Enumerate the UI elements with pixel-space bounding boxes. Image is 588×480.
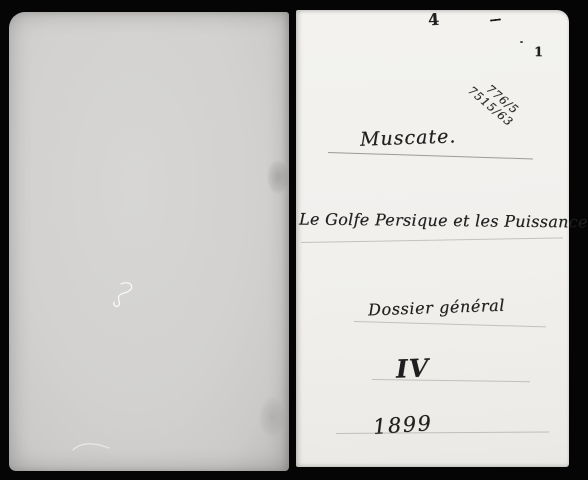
ink-speck (520, 41, 523, 43)
paper-scratch (107, 280, 139, 316)
printed-page-number: 1 (534, 45, 544, 60)
subtitle-dossier-general: Dossier général (368, 296, 506, 320)
paper-smudge (267, 160, 289, 194)
right-page: 4 1 776/5 7515/63 Muscate. Le Golfe Pers… (296, 10, 569, 467)
handwritten-corner-numeral: 4 (427, 10, 439, 30)
handwritten-dash-mark (490, 18, 501, 21)
paper-smudge (259, 397, 285, 437)
archival-cote-annotation: 776/5 7515/63 (465, 74, 524, 129)
heading-muscate: Muscate. (360, 125, 457, 150)
underline-year (336, 432, 549, 434)
left-page (9, 12, 289, 471)
underline-heading (328, 152, 533, 159)
underline-title (301, 237, 563, 243)
scan-background: 4 1 776/5 7515/63 Muscate. Le Golfe Pers… (0, 0, 588, 480)
main-title: Le Golfe Persique et les Puissances (299, 209, 588, 231)
underline-subtitle (354, 321, 546, 327)
paper-scratch (71, 440, 113, 454)
year: 1899 (372, 411, 433, 439)
